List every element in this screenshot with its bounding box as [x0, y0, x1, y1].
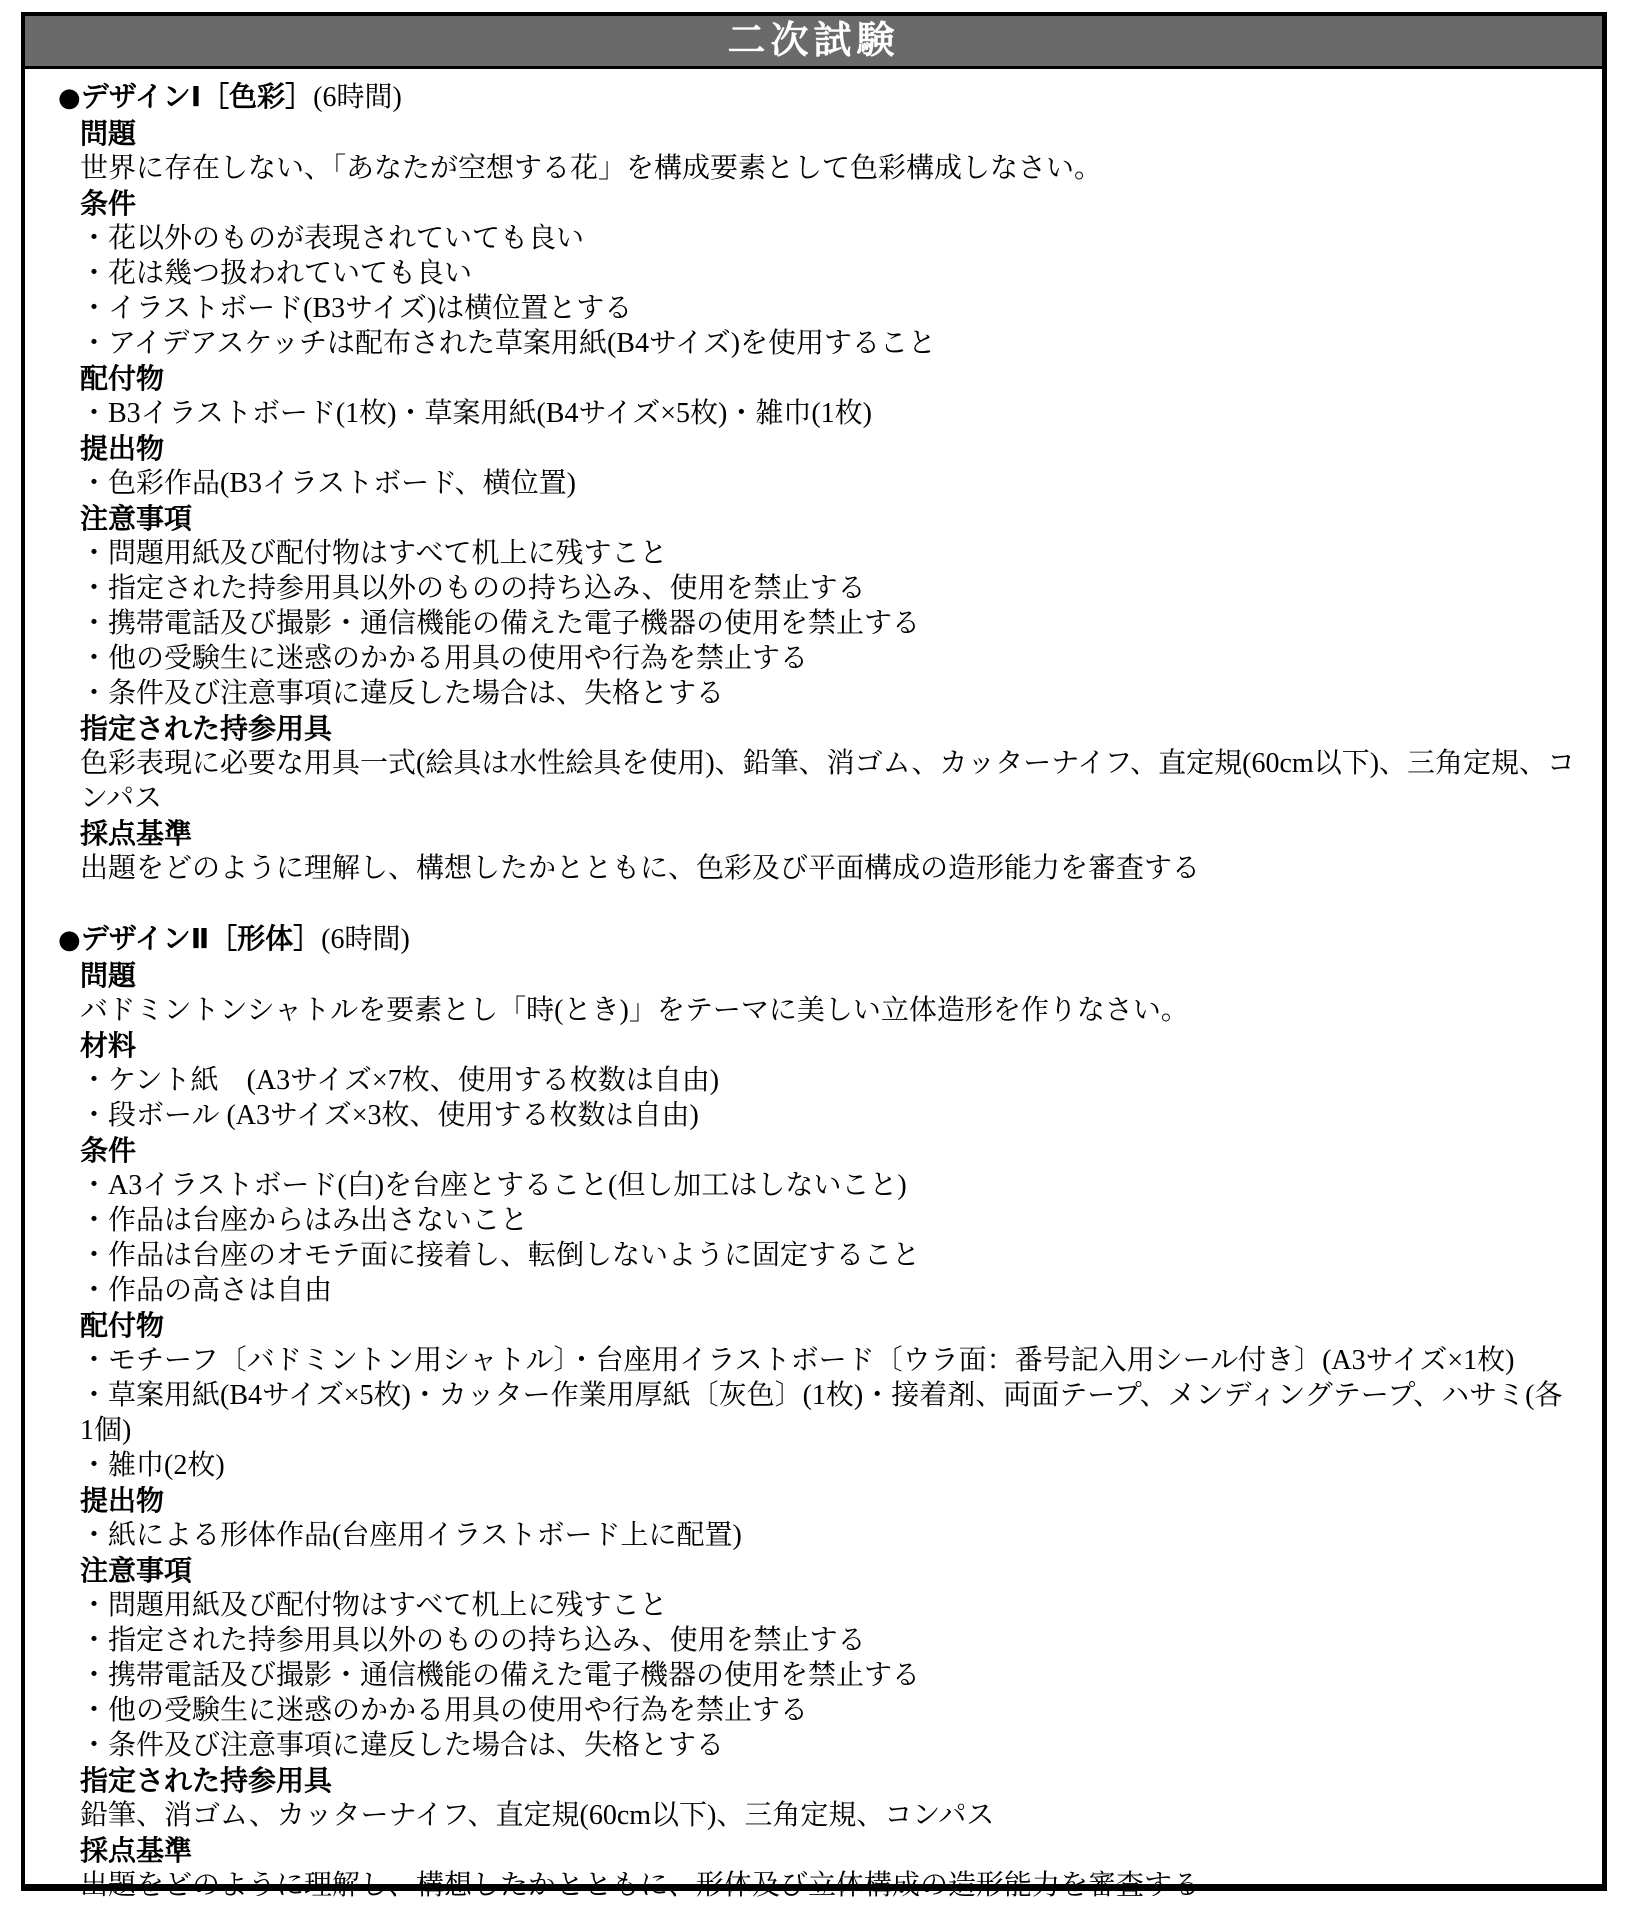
text-line: 出題をどのように理解し、構想したかとともに、形体及び立体構成の造形能力を審査する [80, 1868, 1576, 1903]
block-label: 採点基準 [80, 1833, 1576, 1868]
text-line: ・問題用紙及び配付物はすべて机上に残すこと [80, 536, 1576, 571]
text-line: ・ケント紙 (A3サイズ×7枚、使用する枚数は自由) [80, 1063, 1576, 1098]
text-line: ・他の受験生に迷惑のかかる用具の使用や行為を禁止する [80, 641, 1576, 676]
text-line: ・アイデアスケッチは配布された草案用紙(B4サイズ)を使用すること [80, 326, 1576, 361]
text-line: ・問題用紙及び配付物はすべて机上に残すこと [80, 1588, 1576, 1623]
block-label: 注意事項 [80, 501, 1576, 536]
text-line: バドミントンシャトルを要素とし「時(とき)」をテーマに美しい立体造形を作りなさい… [80, 993, 1576, 1028]
block-label: 採点基準 [80, 816, 1576, 851]
block-label: 問題 [80, 958, 1576, 993]
text-line: ・雑巾(2枚) [80, 1448, 1576, 1483]
section-heading: ●デザインⅡ［形体］(6時間) [58, 921, 1576, 958]
bullet-icon: ● [58, 83, 81, 113]
text-line: ・他の受験生に迷惑のかかる用具の使用や行為を禁止する [80, 1693, 1576, 1728]
document-title: 二次試験 [727, 22, 899, 60]
text-line: ・紙による形体作品(台座用イラストボード上に配置) [80, 1518, 1576, 1553]
exam-section: ●デザインⅡ［形体］(6時間)問題バドミントンシャトルを要素とし「時(とき)」を… [80, 921, 1576, 1903]
text-line: ・モチーフ〔バドミントン用シャトル〕・台座用イラストボード〔ウラ面：番号記入用シ… [80, 1343, 1576, 1378]
text-line: ・指定された持参用具以外のものの持ち込み、使用を禁止する [80, 1623, 1576, 1658]
block-label: 提出物 [80, 431, 1576, 466]
section-duration: (6時間) [321, 924, 410, 955]
text-line: ・段ボール (A3サイズ×3枚、使用する枚数は自由) [80, 1098, 1576, 1133]
exam-section: ●デザインⅠ［色彩］(6時間)問題世界に存在しない、「あなたが空想する花」を構成… [80, 79, 1576, 886]
text-line: ・作品の高さは自由 [80, 1273, 1576, 1308]
block-label: 注意事項 [80, 1553, 1576, 1588]
text-line: ・携帯電話及び撮影・通信機能の備えた電子機器の使用を禁止する [80, 1658, 1576, 1693]
block-label: 材料 [80, 1028, 1576, 1063]
block-label: 問題 [80, 116, 1576, 151]
text-line: ・花は幾つ扱われていても良い [80, 256, 1576, 291]
block-label: 条件 [80, 1133, 1576, 1168]
text-line: ・条件及び注意事項に違反した場合は、失格とする [80, 676, 1576, 711]
text-line: ・作品は台座のオモテ面に接着し、転倒しないように固定すること [80, 1238, 1576, 1273]
text-line: ・花以外のものが表現されていても良い [80, 221, 1576, 256]
text-line: 出題をどのように理解し、構想したかとともに、色彩及び平面構成の造形能力を審査する [80, 851, 1576, 886]
text-line: 鉛筆、消ゴム、カッターナイフ、直定規(60cm以下)、三角定規、コンパス [80, 1798, 1576, 1833]
section-title: デザインⅡ［形体］ [81, 923, 321, 954]
block-label: 指定された持参用具 [80, 711, 1576, 746]
text-line: ・指定された持参用具以外のものの持ち込み、使用を禁止する [80, 571, 1576, 606]
section-title: デザインⅠ［色彩］ [81, 81, 313, 112]
block-label: 配付物 [80, 361, 1576, 396]
block-label: 条件 [80, 186, 1576, 221]
block-label: 提出物 [80, 1483, 1576, 1518]
text-line: ・携帯電話及び撮影・通信機能の備えた電子機器の使用を禁止する [80, 606, 1576, 641]
text-line: ・イラストボード(B3サイズ)は横位置とする [80, 291, 1576, 326]
text-line: ・条件及び注意事項に違反した場合は、失格とする [80, 1728, 1576, 1763]
block-label: 配付物 [80, 1308, 1576, 1343]
text-line: ・A3イラストボード(白)を台座とすること(但し加工はしないこと) [80, 1168, 1576, 1203]
text-line: ・色彩作品(B3イラストボード、横位置) [80, 466, 1576, 501]
text-line: 世界に存在しない、「あなたが空想する花」を構成要素として色彩構成しなさい。 [80, 151, 1576, 186]
text-line: ・B3イラストボード(1枚)・草案用紙(B4サイズ×5枚)・雑巾(1枚) [80, 396, 1576, 431]
section-duration: (6時間) [313, 82, 402, 113]
block-label: 指定された持参用具 [80, 1763, 1576, 1798]
text-line: ・草案用紙(B4サイズ×5枚)・カッター作業用厚紙〔灰色〕(1枚)・接着剤、両面… [80, 1378, 1576, 1448]
text-line: ・作品は台座からはみ出さないこと [80, 1203, 1576, 1238]
bullet-icon: ● [58, 925, 81, 955]
section-heading: ●デザインⅠ［色彩］(6時間) [58, 79, 1576, 116]
document-frame: 二次試験 ●デザインⅠ［色彩］(6時間)問題世界に存在しない、「あなたが空想する… [21, 12, 1607, 1891]
document-body: ●デザインⅠ［色彩］(6時間)問題世界に存在しない、「あなたが空想する花」を構成… [25, 69, 1602, 1903]
document-title-bar: 二次試験 [25, 16, 1602, 69]
text-line: 色彩表現に必要な用具一式(絵具は水性絵具を使用)、鉛筆、消ゴム、カッターナイフ、… [80, 746, 1576, 816]
